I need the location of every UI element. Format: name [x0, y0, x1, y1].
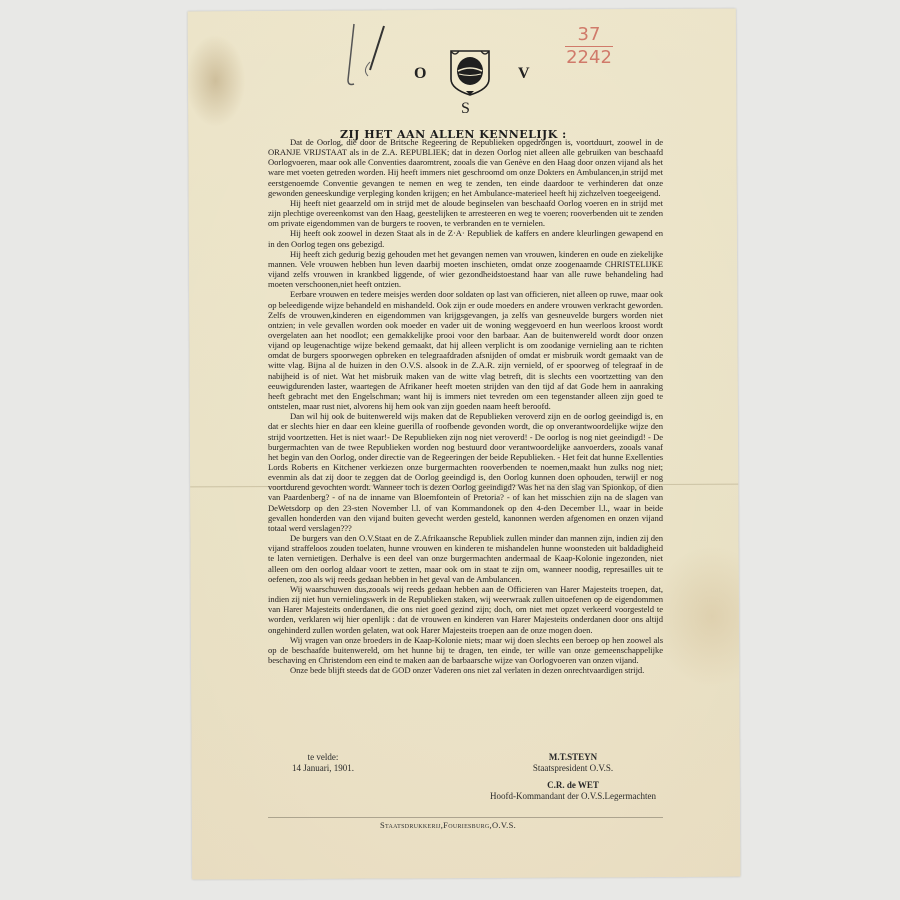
letter-v: V [518, 65, 530, 83]
paragraph: Wij waarschuwen dus,zooals wij reeds ged… [268, 584, 663, 635]
printer-imprint: Staatsdrukkerij,Fouriesburg,O.V.S. [380, 820, 516, 830]
signatory-title: Hoofd-Kommandant der O.V.S.Legermachten [468, 791, 678, 802]
paragraph: Hij heeft niet geaarzeld om in strijd me… [268, 198, 663, 228]
place: te velde: [292, 752, 354, 763]
footer-rule [268, 817, 663, 818]
paragraph: Eerbare vrouwen en tedere meisjes werden… [268, 289, 663, 411]
paragraph: Hij heeft zich gedurig bezig gehouden me… [268, 249, 663, 290]
paragraph: Dan wil hij ook de buitenwereld wijs mak… [268, 411, 663, 533]
signatory-name: M.T.STEYN [468, 752, 678, 763]
proclamation-body: Dat de Oorlog, die door de Britsche Rege… [268, 137, 663, 675]
paragraph: Hij heeft ook zoowel in dezen Staat als … [268, 228, 663, 248]
paragraph: Wij vragen van onze broeders in de Kaap-… [268, 635, 663, 665]
signatory-name: C.R. de WET [468, 780, 678, 791]
paragraph: De burgers van den O.V.Staat en de Z.Afr… [268, 533, 663, 584]
place-and-date: te velde: 14 Januari, 1901. [292, 752, 354, 774]
paragraph: Onze bede blijft steeds dat de GOD onzer… [268, 665, 663, 675]
paragraph: Dat de Oorlog, die door de Britsche Rege… [268, 137, 663, 198]
red-note-top: 37 [565, 25, 613, 45]
signatory-title: Staatspresident O.V.S. [468, 763, 678, 774]
date: 14 Januari, 1901. [292, 763, 354, 774]
coat-of-arms-icon [448, 47, 492, 97]
letter-s: S [461, 100, 470, 118]
letterhead: O V [200, 45, 740, 105]
letter-o: O [414, 65, 426, 83]
signatures: M.T.STEYN Staatspresident O.V.S. C.R. de… [468, 752, 678, 802]
